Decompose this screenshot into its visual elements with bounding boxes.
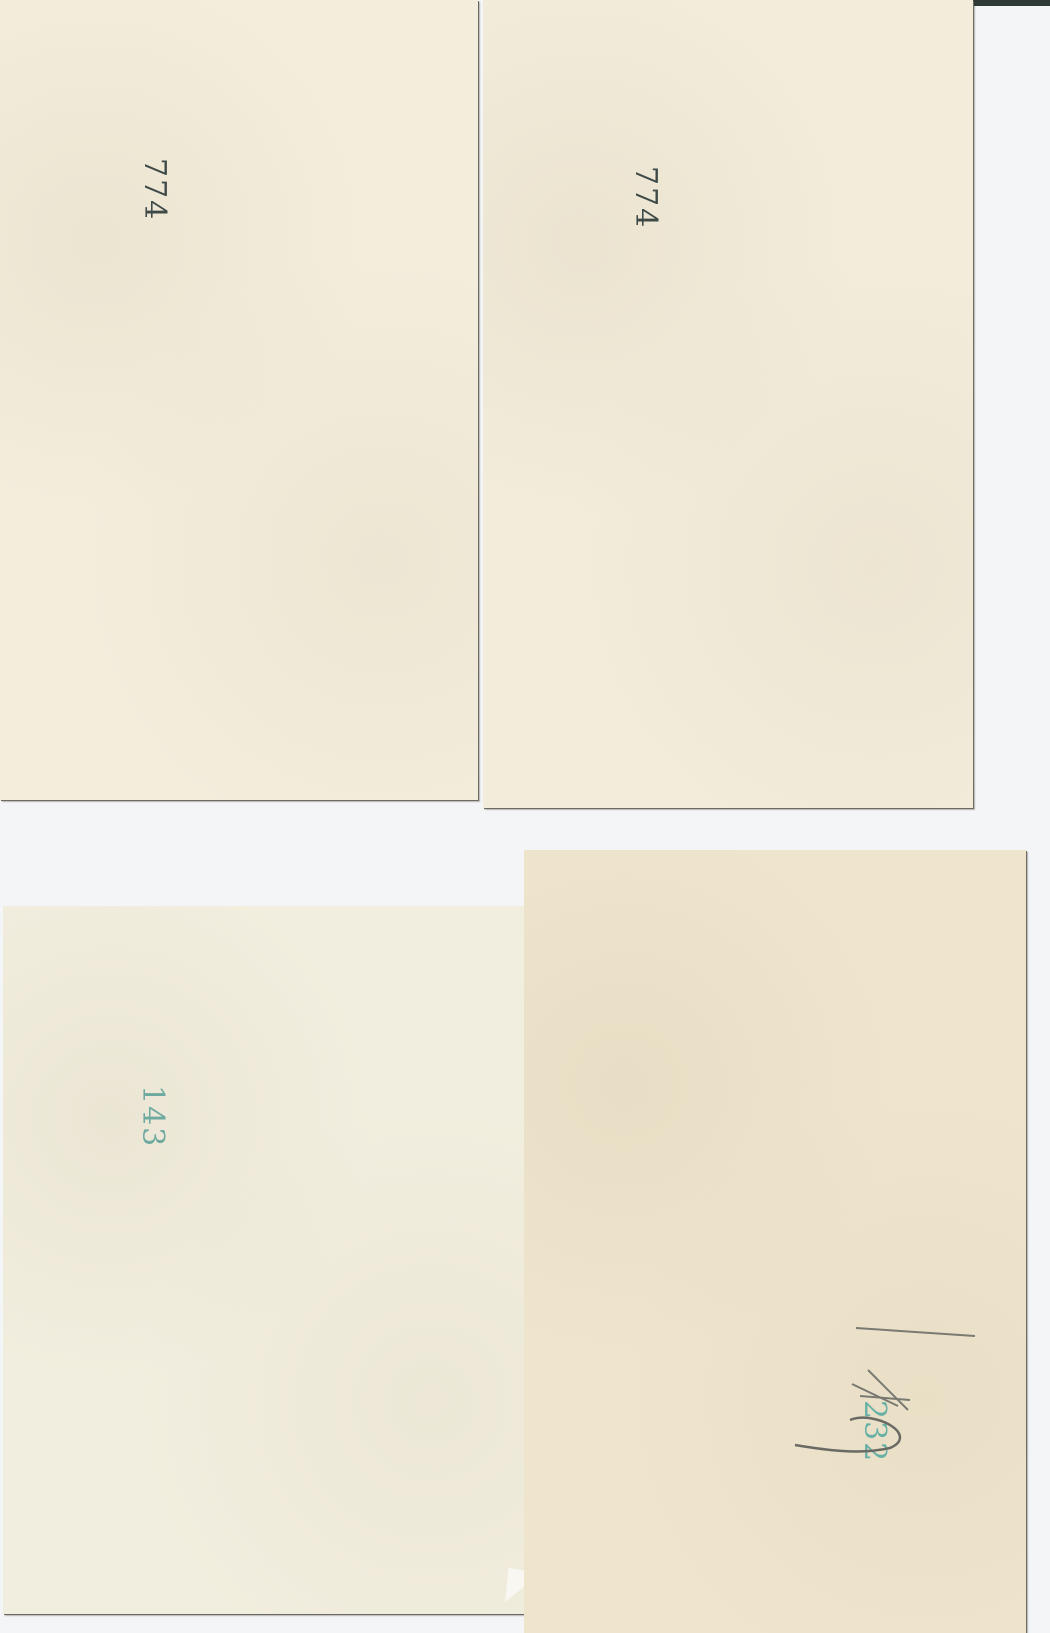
- catalog-number: 774: [137, 158, 172, 221]
- card-bottom-right: [524, 850, 1026, 1633]
- scanner-edge: [960, 0, 1050, 6]
- catalog-number: 774: [628, 166, 663, 229]
- catalog-number: 143: [135, 1085, 170, 1148]
- pencil-mark: [780, 1300, 980, 1460]
- card-top-left: [0, 0, 478, 800]
- card-top-right: [483, 0, 973, 808]
- card-bottom-left: [3, 906, 538, 1614]
